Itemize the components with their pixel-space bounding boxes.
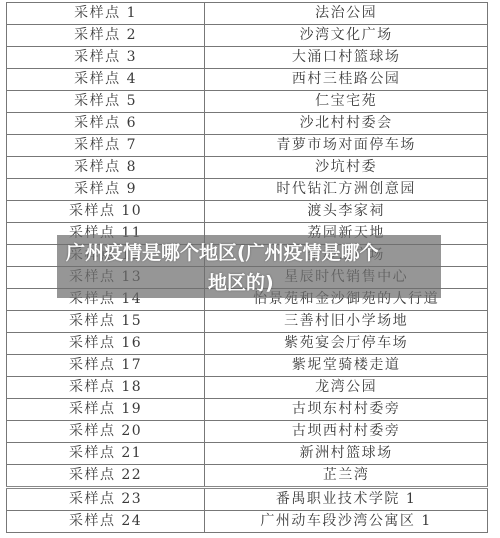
table-row: 采样点 3大涌口村篮球场 bbox=[7, 47, 488, 69]
table-row: 采样点 24广州动车段沙湾公寓区 1 bbox=[7, 511, 488, 533]
location-cell: 三善村旧小学场地 bbox=[205, 311, 488, 333]
location-cell: 古坝西村村委旁 bbox=[205, 421, 488, 443]
location-cell: 广州动车段沙湾公寓区 1 bbox=[205, 511, 488, 533]
table-row: 采样点 2沙湾文化广场 bbox=[7, 25, 488, 47]
table-row: 采样点 15三善村旧小学场地 bbox=[7, 311, 488, 333]
table-row: 采样点 5仁宝宅苑 bbox=[7, 91, 488, 113]
sampling-point-cell: 采样点 16 bbox=[7, 333, 205, 355]
location-cell: 龙湾公园 bbox=[205, 377, 488, 399]
location-cell: 沙湾文化广场 bbox=[205, 25, 488, 47]
table-row: 采样点 23番禺职业技术学院 1 bbox=[7, 488, 488, 511]
sampling-point-cell: 采样点 20 bbox=[7, 421, 205, 443]
sampling-point-cell: 采样点 10 bbox=[7, 201, 205, 223]
location-cell: 西村三桂路公园 bbox=[205, 69, 488, 91]
sampling-point-cell: 采样点 23 bbox=[7, 488, 205, 511]
table-row: 采样点 6沙北村村委会 bbox=[7, 113, 488, 135]
table-row: 采样点 19古坝东村村委旁 bbox=[7, 399, 488, 421]
sampling-point-cell: 采样点 24 bbox=[7, 511, 205, 533]
location-cell: 沙北村村委会 bbox=[205, 113, 488, 135]
location-cell: 法治公园 bbox=[205, 3, 488, 25]
location-cell: 紫坭堂骑楼走道 bbox=[205, 355, 488, 377]
location-cell: 仁宝宅苑 bbox=[205, 91, 488, 113]
table-row: 采样点 8沙坑村委 bbox=[7, 157, 488, 179]
table-row: 采样点 21新洲村篮球场 bbox=[7, 443, 488, 465]
overlay-title-line2: 地区的) bbox=[66, 268, 436, 298]
title-overlay: 广州疫情是哪个地区(广州疫情是哪个 地区的) bbox=[66, 238, 436, 298]
table-row: 采样点 16紫苑宴会厅停车场 bbox=[7, 333, 488, 355]
sampling-point-cell: 采样点 7 bbox=[7, 135, 205, 157]
sampling-point-cell: 采样点 6 bbox=[7, 113, 205, 135]
sampling-point-cell: 采样点 9 bbox=[7, 179, 205, 201]
sampling-point-cell: 采样点 4 bbox=[7, 69, 205, 91]
location-cell: 芷兰湾 bbox=[205, 465, 488, 488]
table-row: 采样点 9时代钻汇方洲创意园 bbox=[7, 179, 488, 201]
sampling-point-cell: 采样点 2 bbox=[7, 25, 205, 47]
sampling-point-cell: 采样点 19 bbox=[7, 399, 205, 421]
sampling-point-cell: 采样点 5 bbox=[7, 91, 205, 113]
sampling-point-cell: 采样点 21 bbox=[7, 443, 205, 465]
location-cell: 紫苑宴会厅停车场 bbox=[205, 333, 488, 355]
sampling-point-cell: 采样点 15 bbox=[7, 311, 205, 333]
sampling-point-cell: 采样点 18 bbox=[7, 377, 205, 399]
table-row: 采样点 18龙湾公园 bbox=[7, 377, 488, 399]
table-row: 采样点 20古坝西村村委旁 bbox=[7, 421, 488, 443]
sampling-point-cell: 采样点 17 bbox=[7, 355, 205, 377]
sampling-point-cell: 采样点 8 bbox=[7, 157, 205, 179]
table-row: 采样点 4西村三桂路公园 bbox=[7, 69, 488, 91]
table-row: 采样点 22芷兰湾 bbox=[7, 465, 488, 488]
sampling-point-cell: 采样点 3 bbox=[7, 47, 205, 69]
location-cell: 渡头李家祠 bbox=[205, 201, 488, 223]
sampling-point-cell: 采样点 22 bbox=[7, 465, 205, 488]
location-cell: 沙坑村委 bbox=[205, 157, 488, 179]
location-cell: 古坝东村村委旁 bbox=[205, 399, 488, 421]
location-cell: 青萝市场对面停车场 bbox=[205, 135, 488, 157]
table-row: 采样点 1法治公园 bbox=[7, 3, 488, 25]
overlay-title-line1: 广州疫情是哪个地区(广州疫情是哪个 bbox=[66, 242, 379, 264]
table-row: 采样点 17紫坭堂骑楼走道 bbox=[7, 355, 488, 377]
location-cell: 大涌口村篮球场 bbox=[205, 47, 488, 69]
location-cell: 时代钻汇方洲创意园 bbox=[205, 179, 488, 201]
location-cell: 番禺职业技术学院 1 bbox=[205, 488, 488, 511]
location-cell: 新洲村篮球场 bbox=[205, 443, 488, 465]
sampling-point-cell: 采样点 1 bbox=[7, 3, 205, 25]
table-row: 采样点 7青萝市场对面停车场 bbox=[7, 135, 488, 157]
table-row: 采样点 10渡头李家祠 bbox=[7, 201, 488, 223]
